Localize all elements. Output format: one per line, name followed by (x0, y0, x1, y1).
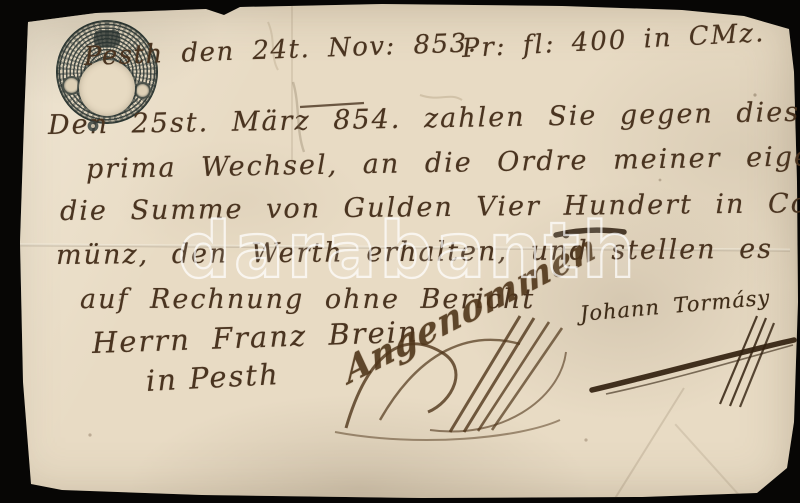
diagonal-crease (674, 424, 739, 496)
diagonal-crease (613, 387, 685, 500)
payee-place-line: in Pesth (145, 357, 280, 398)
stamp-medallion (134, 82, 151, 99)
vertical-fold-crease (291, 4, 293, 164)
document-scan: Pesth den 24t. Nov: 853. Pr: fl: 400 in … (0, 0, 800, 503)
auction-watermark: darabanth (178, 213, 638, 290)
